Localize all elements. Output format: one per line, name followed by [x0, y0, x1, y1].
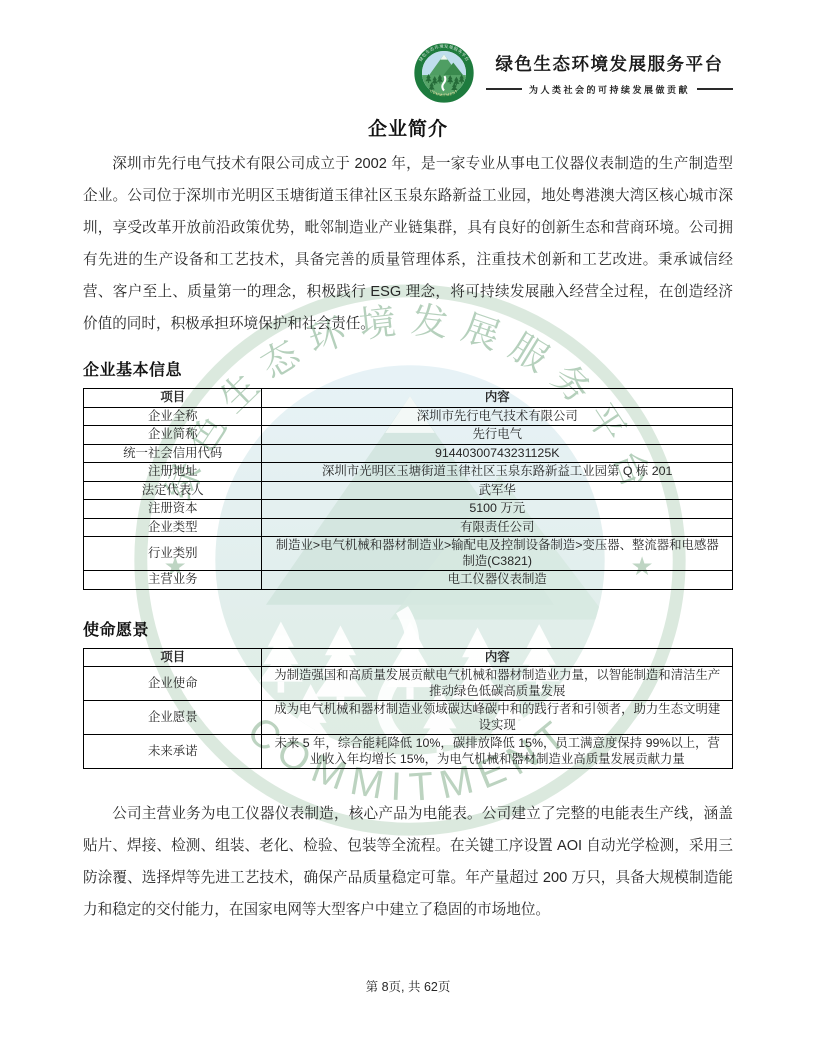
content-cell: 91440300743231125K	[262, 444, 733, 463]
column-header: 项目	[84, 389, 262, 408]
item-cell: 企业使命	[84, 667, 262, 701]
item-cell: 企业类型	[84, 518, 262, 537]
platform-logo-icon: 绿色生态环境发展服务平台 COMMITMENT	[413, 42, 475, 104]
table-row: 企业简称先行电气	[84, 426, 733, 445]
brand-block: 绿色生态环境发展服务平台 为人类社会的可持续发展做贡献	[486, 51, 733, 96]
item-cell: 注册地址	[84, 463, 262, 482]
content-cell: 制造业>电气机械和器材制造业>输配电及控制设备制造>变压器、整流器和电感器制造(…	[262, 537, 733, 571]
content-cell: 深圳市先行电气技术有限公司	[262, 407, 733, 426]
content-cell: 有限责任公司	[262, 518, 733, 537]
table-row: 行业类别制造业>电气机械和器材制造业>输配电及控制设备制造>变压器、整流器和电感…	[84, 537, 733, 571]
content-cell: 未来 5 年，综合能耗降低 10%，碳排放降低 15%，员工满意度保持 99%以…	[262, 735, 733, 769]
column-header: 内容	[262, 648, 733, 667]
table-row: 未来承诺未来 5 年，综合能耗降低 10%，碳排放降低 15%，员工满意度保持 …	[84, 735, 733, 769]
content-cell: 5100 万元	[262, 500, 733, 519]
item-cell: 企业愿景	[84, 701, 262, 735]
platform-tagline: 为人类社会的可持续发展做贡献	[486, 83, 733, 96]
table-row: 主营业务电工仪器仪表制造	[84, 571, 733, 590]
closing-paragraph: 公司主营业务为电工仪器仪表制造，核心产品为电能表。公司建立了完整的电能表生产线，…	[83, 798, 733, 926]
item-cell: 主营业务	[84, 571, 262, 590]
table-row: 注册地址深圳市光明区玉塘街道玉律社区玉泉东路新益工业园第 Q 栋 201	[84, 463, 733, 482]
section-heading-basic-info: 企业基本信息	[83, 357, 733, 380]
content-cell: 为制造强国和高质量发展贡献电气机械和器材制造业力量，以智能制造和清洁生产推动绿色…	[262, 667, 733, 701]
mission-vision-table: 项目内容企业使命为制造强国和高质量发展贡献电气机械和器材制造业力量，以智能制造和…	[83, 648, 733, 770]
page-footer: 第 8页, 共 62页	[0, 977, 816, 996]
page-header: 绿色生态环境发展服务平台 COMMITMENT 绿色生态环境发展服务平台 为人类…	[83, 0, 733, 104]
content-cell: 电工仪器仪表制造	[262, 571, 733, 590]
table-header-row: 项目内容	[84, 389, 733, 408]
column-header: 内容	[262, 389, 733, 408]
item-cell: 统一社会信用代码	[84, 444, 262, 463]
table-header-row: 项目内容	[84, 648, 733, 667]
table-row: 注册资本5100 万元	[84, 500, 733, 519]
item-cell: 注册资本	[84, 500, 262, 519]
item-cell: 法定代表人	[84, 481, 262, 500]
item-cell: 企业全称	[84, 407, 262, 426]
column-header: 项目	[84, 648, 262, 667]
table-row: 统一社会信用代码91440300743231125K	[84, 444, 733, 463]
basic-info-table: 项目内容企业全称深圳市先行电气技术有限公司企业简称先行电气统一社会信用代码914…	[83, 388, 733, 590]
table-row: 法定代表人武军华	[84, 481, 733, 500]
content-cell: 成为电气机械和器材制造业领域碳达峰碳中和的践行者和引领者，助力生态文明建设实现	[262, 701, 733, 735]
table-row: 企业类型有限责任公司	[84, 518, 733, 537]
content-cell: 深圳市光明区玉塘街道玉律社区玉泉东路新益工业园第 Q 栋 201	[262, 463, 733, 482]
page-number: 第 8页, 共 62页	[366, 980, 451, 994]
section-heading-mission-vision: 使命愿景	[83, 617, 733, 640]
table-row: 企业愿景成为电气机械和器材制造业领域碳达峰碳中和的践行者和引领者，助力生态文明建…	[84, 701, 733, 735]
tagline-dash-left	[486, 88, 522, 89]
document-title: 企业简介	[83, 114, 733, 141]
platform-name: 绿色生态环境发展服务平台	[486, 51, 733, 76]
content-cell: 先行电气	[262, 426, 733, 445]
intro-paragraph: 深圳市先行电气技术有限公司成立于 2002 年，是一家专业从事电工仪器仪表制造的…	[83, 148, 733, 340]
content-cell: 武军华	[262, 481, 733, 500]
table-row: 企业使命为制造强国和高质量发展贡献电气机械和器材制造业力量，以智能制造和清洁生产…	[84, 667, 733, 701]
tagline-dash-right	[697, 88, 733, 89]
item-cell: 企业简称	[84, 426, 262, 445]
table-row: 企业全称深圳市先行电气技术有限公司	[84, 407, 733, 426]
tagline-text: 为人类社会的可持续发展做贡献	[529, 83, 690, 96]
document-page: 绿色生态环境发展服务平台 COMMITMENT ★ ★	[0, 0, 816, 1056]
item-cell: 行业类别	[84, 537, 262, 571]
item-cell: 未来承诺	[84, 735, 262, 769]
